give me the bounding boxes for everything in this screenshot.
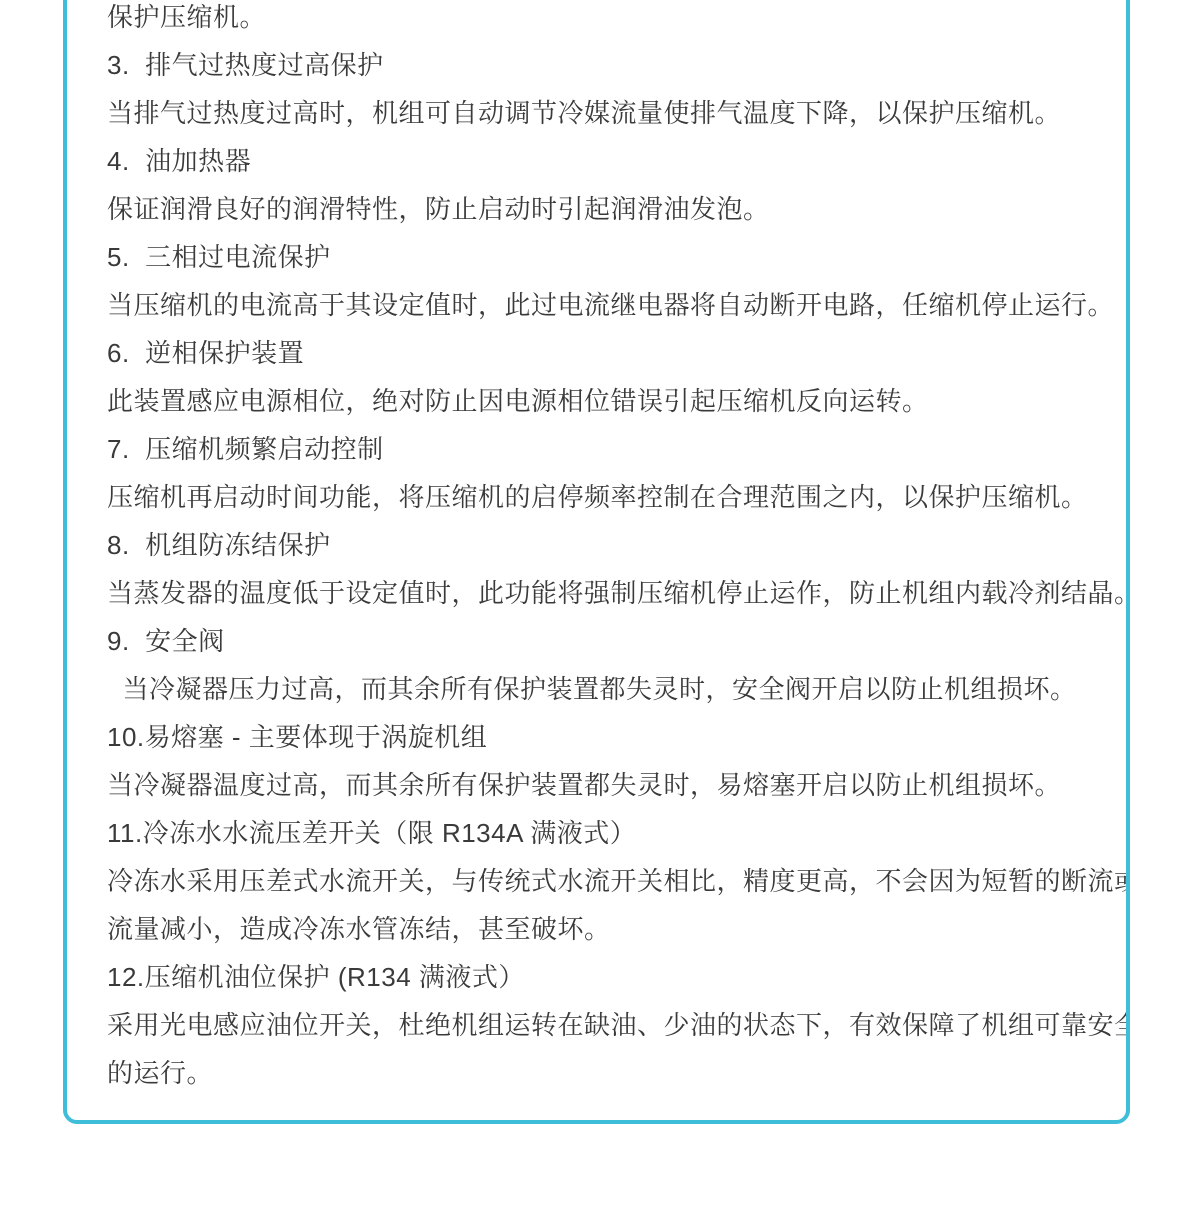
text-line: 此装置感应电源相位，绝对防止因电源相位错误引起压缩机反向运转。 [107,377,1112,425]
text-line: 的运行。 [107,1049,1112,1097]
text-line: 冷冻水采用压差式水流开关，与传统式水流开关相比，精度更高，不会因为短暂的断流或 [107,857,1112,905]
content-card: 保护压缩机。3. 排气过热度过高保护当排气过热度过高时，机组可自动调节冷媒流量使… [63,0,1130,1124]
list-item-heading: 8. 机组防冻结保护 [107,521,1112,569]
list-item-heading: 3. 排气过热度过高保护 [107,41,1112,89]
document-text: 保护压缩机。3. 排气过热度过高保护当排气过热度过高时，机组可自动调节冷媒流量使… [107,0,1112,1097]
text-line: 当冷凝器压力过高，而其余所有保护装置都失灵时，安全阀开启以防止机组损坏。 [107,665,1112,713]
text-line: 保证润滑良好的润滑特性，防止启动时引起润滑油发泡。 [107,185,1112,233]
text-line: 流量减小，造成冷冻水管冻结，甚至破坏。 [107,905,1112,953]
text-line: 当压缩机的电流高于其设定值时，此过电流继电器将自动断开电路，任缩机停止运行。 [107,281,1112,329]
text-line: 压缩机再启动时间功能，将压缩机的启停频率控制在合理范围之内，以保护压缩机。 [107,473,1112,521]
list-item-heading: 9. 安全阀 [107,617,1112,665]
text-line: 保护压缩机。 [107,0,1112,41]
list-item-heading: 7. 压缩机频繁启动控制 [107,425,1112,473]
list-item-heading: 5. 三相过电流保护 [107,233,1112,281]
list-item-heading: 11.冷冻水水流压差开关（限 R134A 满液式） [107,809,1112,857]
list-item-heading: 4. 油加热器 [107,137,1112,185]
text-line: 当排气过热度过高时，机组可自动调节冷媒流量使排气温度下降，以保护压缩机。 [107,89,1112,137]
list-item-heading: 10.易熔塞 - 主要体现于涡旋机组 [107,713,1112,761]
list-item-heading: 12.压缩机油位保护 (R134 满液式） [107,953,1112,1001]
text-line: 当蒸发器的温度低于设定值时，此功能将强制压缩机停止运作，防止机组内载冷剂结晶。 [107,569,1112,617]
text-line: 当冷凝器温度过高，而其余所有保护装置都失灵时，易熔塞开启以防止机组损坏。 [107,761,1112,809]
list-item-heading: 6. 逆相保护装置 [107,329,1112,377]
text-line: 采用光电感应油位开关，杜绝机组运转在缺油、少油的状态下，有效保障了机组可靠安全 [107,1001,1112,1049]
